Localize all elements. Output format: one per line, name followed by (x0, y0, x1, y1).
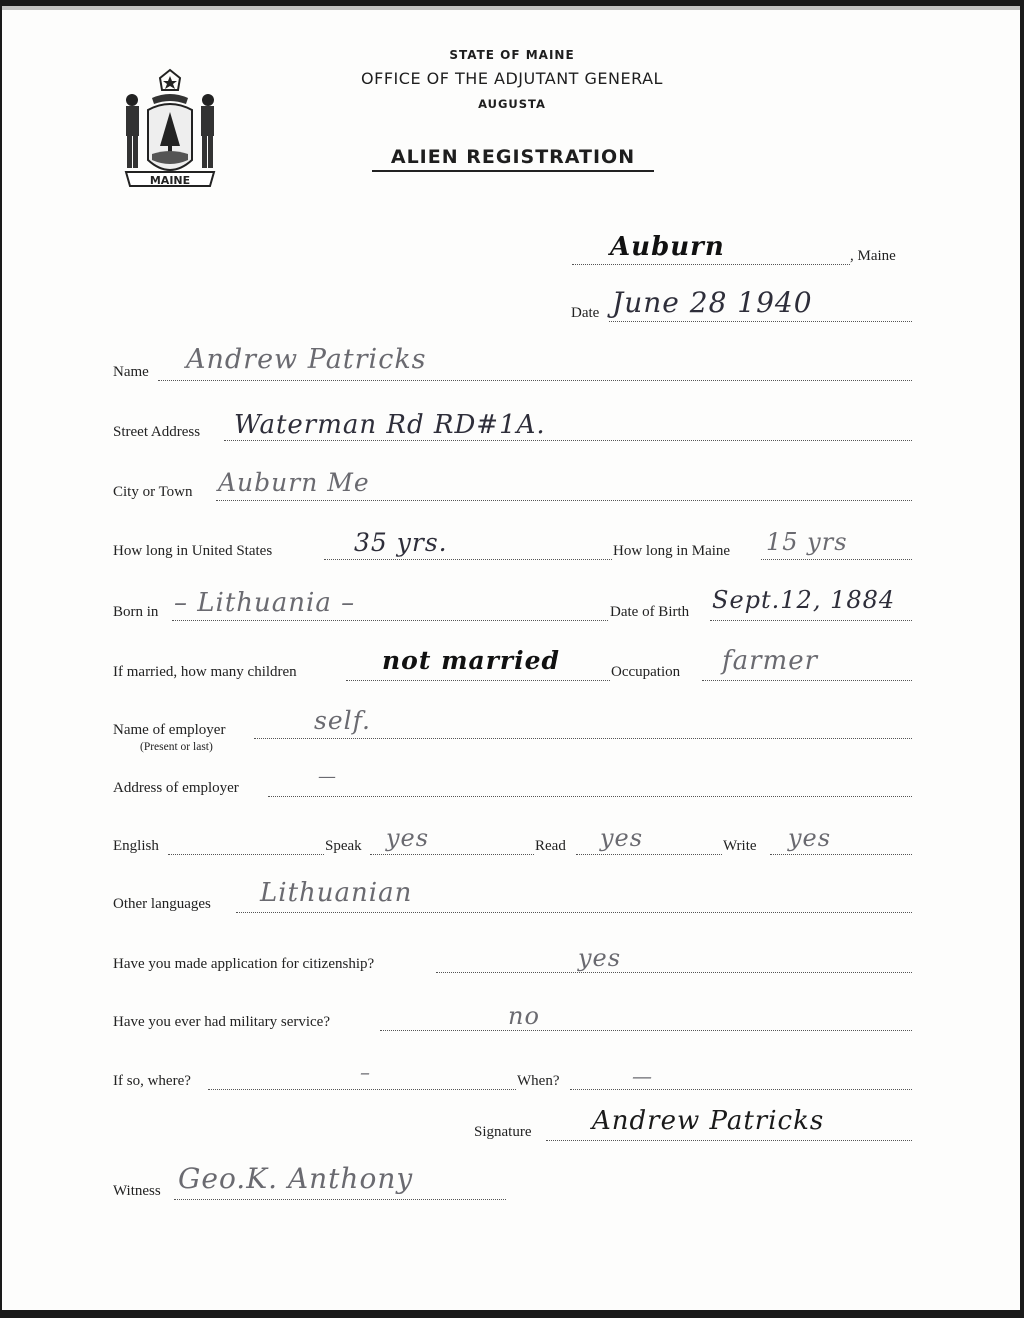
write-label: Write (723, 838, 757, 855)
registration-form-page: MAINE STATE OF MAINE OFFICE OF THE ADJUT… (2, 6, 1020, 1310)
read-line (576, 854, 722, 855)
maine-state-seal-icon: MAINE (118, 68, 222, 194)
location-line (572, 264, 850, 265)
other-languages-label: Other languages (113, 896, 211, 913)
date-value: June 28 1940 (612, 286, 813, 319)
svg-text:MAINE: MAINE (150, 174, 190, 187)
read-label: Read (535, 838, 566, 855)
read-value: yes (600, 824, 643, 852)
when-label: When? (517, 1073, 559, 1090)
english-line (168, 854, 324, 855)
name-value: Andrew Patricks (186, 344, 427, 375)
employer-name-label: Name of employer (113, 722, 225, 739)
city-value: Auburn Me (218, 468, 370, 497)
signature-label: Signature (474, 1124, 532, 1141)
occupation-line (702, 680, 912, 681)
street-value: Waterman Rd RD#1A. (234, 410, 546, 440)
write-value: yes (788, 824, 831, 852)
born-in-value: – Lithuania – (174, 588, 355, 618)
witness-value: Geo.K. Anthony (178, 1162, 413, 1195)
dob-value: Sept.12, 1884 (712, 586, 895, 614)
form-title: ALIEN REGISTRATION (372, 146, 654, 172)
citizenship-line (436, 972, 912, 973)
header-office: OFFICE OF THE ADJUTANT GENERAL (302, 69, 722, 88)
when-line (570, 1089, 912, 1090)
how-long-us-label: How long in United States (113, 543, 272, 560)
where-label: If so, where? (113, 1073, 191, 1090)
city-line (216, 500, 912, 501)
citizenship-label: Have you made application for citizenshi… (113, 956, 374, 973)
how-long-maine-line (761, 559, 912, 560)
children-label: If married, how many children (113, 664, 297, 681)
header-state: STATE OF MAINE (302, 48, 722, 62)
when-value: — (632, 1064, 653, 1088)
where-line (208, 1089, 516, 1090)
born-in-label: Born in (113, 604, 158, 621)
street-label: Street Address (113, 424, 200, 441)
dob-label: Date of Birth (610, 604, 689, 621)
employer-address-value: — (318, 766, 337, 787)
name-line (158, 380, 912, 381)
signature-value: Andrew Patricks (592, 1106, 824, 1136)
occupation-label: Occupation (611, 664, 680, 681)
street-line (224, 440, 912, 441)
occupation-value: farmer (722, 646, 818, 676)
children-line (346, 680, 610, 681)
how-long-maine-value: 15 yrs (766, 528, 848, 556)
citizenship-value: yes (578, 944, 621, 972)
how-long-maine-label: How long in Maine (613, 543, 730, 560)
speak-label: Speak (325, 838, 362, 855)
employer-name-line (254, 738, 912, 739)
city-label: City or Town (113, 484, 193, 501)
witness-line (174, 1199, 506, 1200)
military-label: Have you ever had military service? (113, 1014, 330, 1031)
born-in-line (172, 620, 608, 621)
how-long-us-value: 35 yrs. (354, 528, 448, 557)
other-languages-value: Lithuanian (260, 878, 412, 908)
military-value: no (508, 1002, 540, 1030)
employer-name-value: self. (314, 706, 371, 735)
english-label: English (113, 838, 159, 855)
other-languages-line (236, 912, 912, 913)
location-suffix: , Maine (850, 248, 896, 265)
signature-line (546, 1140, 912, 1141)
employer-address-label: Address of employer (113, 780, 239, 797)
employer-name-sublabel: (Present or last) (140, 741, 213, 753)
where-value: – (360, 1060, 371, 1084)
date-line (609, 321, 912, 322)
scan-edge (2, 6, 1020, 10)
how-long-us-line (324, 559, 612, 560)
witness-label: Witness (113, 1183, 161, 1200)
speak-line (370, 854, 534, 855)
name-label: Name (113, 364, 149, 381)
speak-value: yes (386, 824, 429, 852)
write-line (770, 854, 912, 855)
header-city: AUGUSTA (302, 97, 722, 111)
military-line (380, 1030, 912, 1031)
employer-address-line (268, 796, 912, 797)
dob-line (710, 620, 912, 621)
children-value: not married (382, 646, 560, 675)
location-value: Auburn (610, 232, 725, 262)
date-label: Date (571, 305, 599, 322)
